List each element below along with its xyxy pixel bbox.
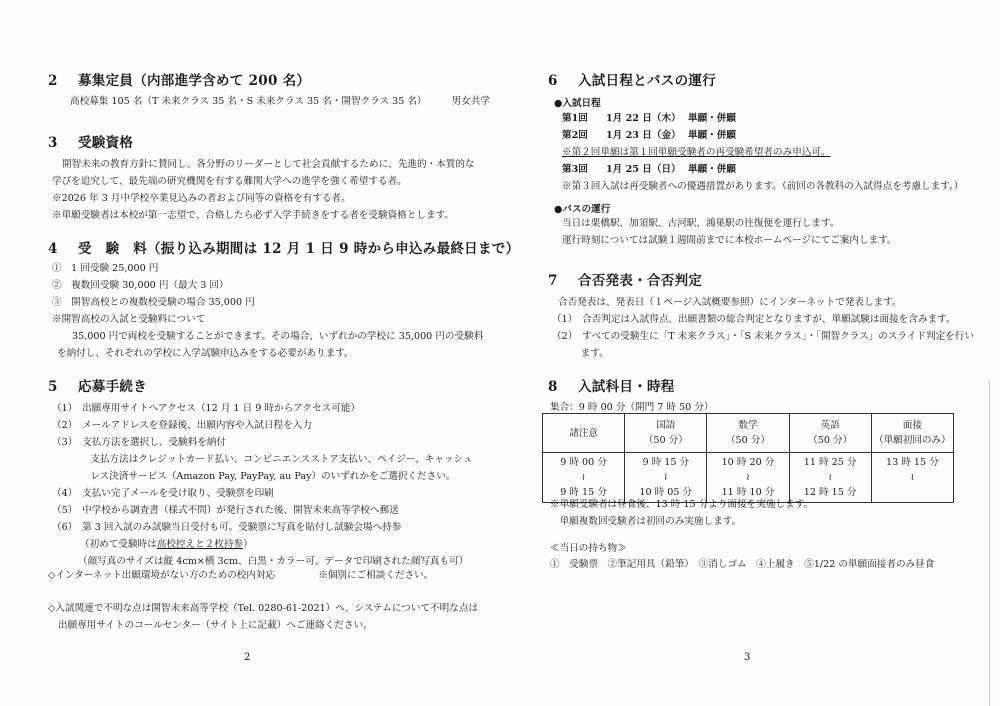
section-title: 募集定員（内部進学含めて 200 名） [78,73,310,89]
page-number: 2 [244,652,250,663]
eligibility-line: ※単願受験者は本校が第一志望で、合格したら必ず入学手続きをする者を受験資格としま… [52,207,475,224]
header-duration: （50 分） [625,433,706,448]
fee-item: ③ 開智高校との複数校受験の場合 35,000 円 [52,294,483,311]
section-2-heading: 2募集定員（内部進学含めて 200 名） [48,69,310,89]
start-time: 9 時 15 分 [625,455,706,470]
section-3-heading: 3受験資格 [48,131,133,151]
step-item: （1） 出願専用サイトへアクセス（12 月 1 日 9 時からアクセス可能） [52,400,472,417]
section-title: 受 験 料（振り込み期間は 12 月 1 日 9 時から申込み最終日まで） [78,241,519,257]
round-1: 第1回1月 22 日（木）単願・併願 [562,110,963,127]
round-label: 第2回 [562,127,606,144]
notice-contact: ◇入試関連で不明な点は開智未来高等学校（Tel. 0280-61-2021）へ、… [48,600,478,634]
interview-notes: ※単願受験者は昼食後、13 時 15 分より面接を実施します。 単願複数回受験者… [550,496,813,530]
time-cell: 9 時 00 分≀9 時 15 分 [543,453,625,503]
coed-label: 男女共学 [452,96,490,107]
note-prefix: （初めて受験時は [80,539,157,550]
range-separator: ≀ [707,470,788,485]
timetable-time-row: 9 時 00 分≀9 時 15 分 9 時 15 分≀10 時 05 分 10 … [543,453,954,503]
header-label: 国語 [625,418,706,433]
section-title: 応募手続き [78,379,147,395]
start-time: 11 時 25 分 [790,455,871,470]
round-2-note: ※第２回単願は第１回単願受験者の再受験希望者のみ申込可。 [562,144,963,161]
bus-heading: ●バスの運行 [554,201,610,215]
page-2: 2募集定員（内部進学含めて 200 名） 高校募集 105 名（T 未来クラス … [0,0,500,706]
fee-item: ② 複数回受験 30,000 円（最大 3 回） [52,277,483,294]
fee-note-line: を納付し、それぞれの学校に入学試験申込みをする必要があります。 [52,345,483,362]
eligibility-line: 学びを追究して、最先端の研究機関を有する難関大学への進学を強く希望する者。 [52,173,475,190]
range-separator: ≀ [790,470,871,485]
round-3-note: ※第３回入試は再受験者への優遇措置があります。（前回の各教科の入試得点を考慮しま… [562,178,963,195]
exam-schedule-heading: ●入試日程 [554,95,601,109]
result-line: ます。 [552,345,974,362]
header-duration: （50 分） [790,433,871,448]
bus-line: 当日は栗橋駅、加須駅、古河駅、鴻巣駅の往復便を運行します。 [562,215,897,232]
step-item: （3） 支払方法を選択し、受験料を納付 [52,434,472,451]
section-title: 受験資格 [78,135,133,151]
notice-onsite-support: ◇インターネット出願環境がない方のための校内対応 ※個別にご相談ください。 [48,567,433,584]
range-separator: ≀ [872,470,953,485]
section-6-heading: 6入試日程とバスの運行 [548,69,716,89]
section-5-heading: 5応募手続き [48,375,147,395]
contact-line: 出願専用サイトのコールセンター（サイト上に記載）へご連絡ください。 [48,617,478,634]
fee-note-title: ※開智高校の入試と受験料について [52,311,483,328]
time-cell: 9 時 15 分≀10 時 05 分 [625,453,707,503]
bus-line: 運行時刻については試験１週間前までに本校ホームページにてご案内します。 [562,232,897,249]
step-item: （2） メールアドレスを登録後、出願内容や入試日程を入力 [52,417,472,434]
belongings-heading: ≪当日の持ち物≫ [550,540,627,557]
header-cell: 数学（50 分） [707,414,789,453]
step-item: 支払方法はクレジットカード払い、コンビニエンスストア支払い、ペイジー、キャッシュ [52,451,472,468]
step-item: （5） 中学校から調査書（様式不問）が発行された後、開智未来高等学校へ郵送 [52,502,472,519]
section-number: 7 [548,273,578,289]
page-number: 3 [744,652,750,663]
round-3: 第3回1月 25 日（日）単願・併願 [562,161,963,178]
round-label: 第1回 [562,110,606,127]
round-type: 単願・併願 [688,164,736,175]
exam-rounds: 第1回1月 22 日（木）単願・併願 第2回1月 23 日（金）単願・併願 ※第… [562,110,963,195]
time-cell: 11 時 25 分≀12 時 15 分 [789,453,871,503]
interview-note: 単願複数回受験者は初回のみ実施します。 [550,513,813,530]
start-time: 13 時 15 分 [872,455,953,470]
enrollment-capacity: 高校募集 105 名（T 未来クラス 35 名・S 未来クラス 35 名・開智ク… [70,93,490,110]
header-cell: 英語（50 分） [789,414,871,453]
section-number: 2 [48,73,78,89]
fee-note-line: 35,000 円で両校を受験することができます。その場合、いずれかの学校に 35… [52,328,483,345]
exam-fee-list: ① 1 回受験 25,000 円 ② 複数回受験 30,000 円（最大 3 回… [52,260,483,362]
section-number: 4 [48,241,78,257]
step6-note: （初めて受験時は高校控えと２枚持参） [52,536,472,553]
section-number: 8 [548,379,578,395]
start-time: 10 時 20 分 [707,455,788,470]
result-line: （2） すべての受験生に「T 未来クラス」・「S 未来クラス」・「開智クラス」の… [552,328,974,345]
section-title: 入試科目・時程 [578,379,675,395]
start-time: 9 時 00 分 [543,455,624,470]
step-item: （6） 第 3 回入試のみ試験当日受付も可。受験票に写真を貼付し試験会場へ持参 [52,519,472,536]
note-underlined: 高校控えと２枚持参 [157,539,243,550]
round-2: 第2回1月 23 日（金）単願・併願 [562,127,963,144]
result-line: （1） 合否判定は入試得点、出願書類の総合判定となりますが、単願試験は面接を含み… [552,311,974,328]
header-label: 英語 [790,418,871,433]
note-suffix: ） [243,539,253,550]
section-8-heading: 8入試科目・時程 [548,375,675,395]
header-label: 数学 [707,418,788,433]
section-title: 入試日程とバスの運行 [578,73,716,89]
notice-text: ◇インターネット出願環境がない方のための校内対応 [48,570,275,581]
time-cell: 10 時 20 分≀11 時 10 分 [707,453,789,503]
section-number: 6 [548,73,578,89]
scan-edge-line [989,380,990,706]
step-item: （4） 支払い完了メールを受け取り、受験票を印刷 [52,485,472,502]
eligibility-line: 開智未来の教育方針に賛同し、各分野のリーダーとして社会貢献するために、先進的・本… [52,156,475,173]
round-type: 単願・併願 [688,113,736,124]
result-announcement: 合否発表は、発表日（１ページ入試概要参照）にインターネットで発表します。 （1）… [552,294,974,362]
header-cell: 国語（50 分） [625,414,707,453]
contact-line: ◇入試関連で不明な点は開智未来高等学校（Tel. 0280-61-2021）へ、… [48,600,478,617]
notice-tail: ※個別にご相談ください。 [318,570,433,581]
eligibility-line: ※2026 年 3 月中学校卒業見込みの者および同等の資格を有する者。 [52,190,475,207]
eligibility-text: 開智未来の教育方針に賛同し、各分野のリーダーとして社会貢献するために、先進的・本… [52,156,475,224]
page-3: 6入試日程とバスの運行 ●入試日程 第1回1月 22 日（木）単願・併願 第2回… [500,0,1000,706]
header-duration: （単願初回のみ） [872,433,953,448]
range-separator: ≀ [543,470,624,485]
belongings-list: ① 受験票 ②筆記用具（鉛筆） ③消しゴム ④上履き ⑤1/22 の単願面接者の… [550,556,934,573]
capacity-text: 高校募集 105 名（T 未来クラス 35 名・S 未来クラス 35 名・開智ク… [70,96,427,107]
range-separator: ≀ [625,470,706,485]
timetable-header-row: 諸注意 国語（50 分） 数学（50 分） 英語（50 分） 面接（単願初回のみ… [543,414,954,453]
header-label: 諸注意 [543,426,624,441]
section-number: 3 [48,135,78,151]
time-cell: 13 時 15 分≀ [871,453,953,503]
header-label: 面接 [872,418,953,433]
round-date: 1月 25 日（日） [606,161,688,178]
bus-info: 当日は栗橋駅、加須駅、古河駅、鴻巣駅の往復便を運行します。 運行時刻については試… [562,215,897,249]
fee-item: ① 1 回受験 25,000 円 [52,260,483,277]
round-date: 1月 22 日（木） [606,110,688,127]
step-item: レス決済サービス（Amazon Pay, PayPay, au Pay）のいずれ… [52,468,472,485]
header-cell: 諸注意 [543,414,625,453]
header-cell: 面接（単願初回のみ） [871,414,953,453]
application-steps: （1） 出願専用サイトへアクセス（12 月 1 日 9 時からアクセス可能） （… [52,400,472,570]
interview-note: ※単願受験者は昼食後、13 時 15 分より面接を実施します。 [550,496,813,513]
round-type: 単願・併願 [688,130,736,141]
section-number: 5 [48,379,78,395]
header-duration: （50 分） [707,433,788,448]
section-title: 合否発表・合否判定 [578,273,702,289]
round-date: 1月 23 日（金） [606,127,688,144]
section-4-heading: 4受 験 料（振り込み期間は 12 月 1 日 9 時から申込み最終日まで） [48,237,519,257]
round-label: 第3回 [562,161,606,178]
exam-timetable: 諸注意 国語（50 分） 数学（50 分） 英語（50 分） 面接（単願初回のみ… [542,413,954,503]
section-7-heading: 7合否発表・合否判定 [548,269,702,289]
result-line: 合否発表は、発表日（１ページ入試概要参照）にインターネットで発表します。 [552,294,974,311]
